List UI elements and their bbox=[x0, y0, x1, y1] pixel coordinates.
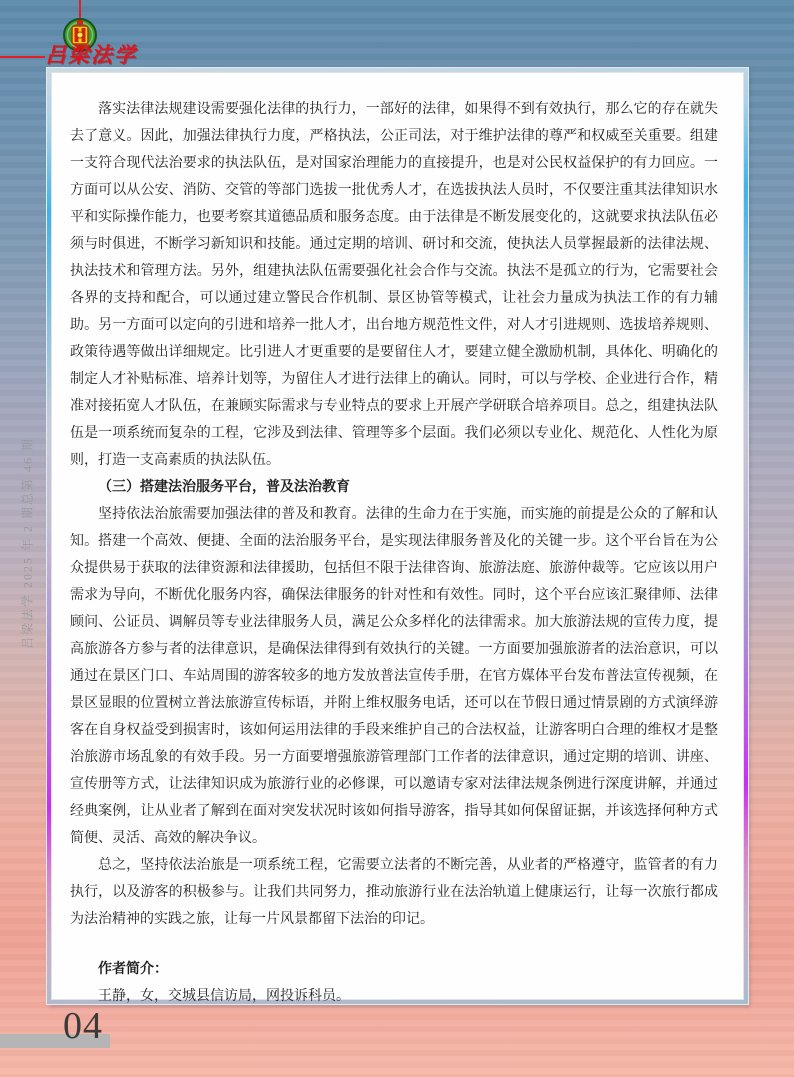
paragraph-conclusion: 总之，坚持依法治旅是一项系统工程，它需要立法者的不断完善，从业者的严格遵守，监管… bbox=[70, 852, 718, 933]
paragraph-legal-service-platform: 坚持依法治旅需要加强法律的普及和教育。法律的生命力在于实施，而实施的前提是公众的… bbox=[70, 501, 718, 852]
page-number: 04 bbox=[63, 1006, 103, 1046]
section-heading-legal-service-platform: （三）搭建法治服务平台，普及法治教育 bbox=[70, 474, 718, 501]
paragraph-law-enforcement-team: 落实法律法规建设需要强化法律的执行力，一部好的法律，如果得不到有效执行，那么它的… bbox=[70, 96, 718, 474]
author-bio: 王静，女，交城县信访局，网投诉科员。 bbox=[70, 983, 718, 1010]
author-section: 作者简介： 王静，女，交城县信访局，网投诉科员。 bbox=[70, 956, 718, 1010]
content-frame: 落实法律法规建设需要强化法律的执行力，一部好的法律，如果得不到有效执行，那么它的… bbox=[47, 68, 748, 1004]
journal-logo-title: 吕梁法学 bbox=[45, 44, 137, 66]
issue-info-vertical-text: 吕梁法学 2025 年 2 期总第 46 期 bbox=[19, 437, 36, 649]
article-paper: 落实法律法规建设需要强化法律的执行力，一部好的法律，如果得不到有效执行，那么它的… bbox=[51, 72, 744, 1000]
logo-horizontal-line bbox=[0, 56, 45, 58]
author-intro-heading: 作者简介： bbox=[70, 956, 718, 983]
